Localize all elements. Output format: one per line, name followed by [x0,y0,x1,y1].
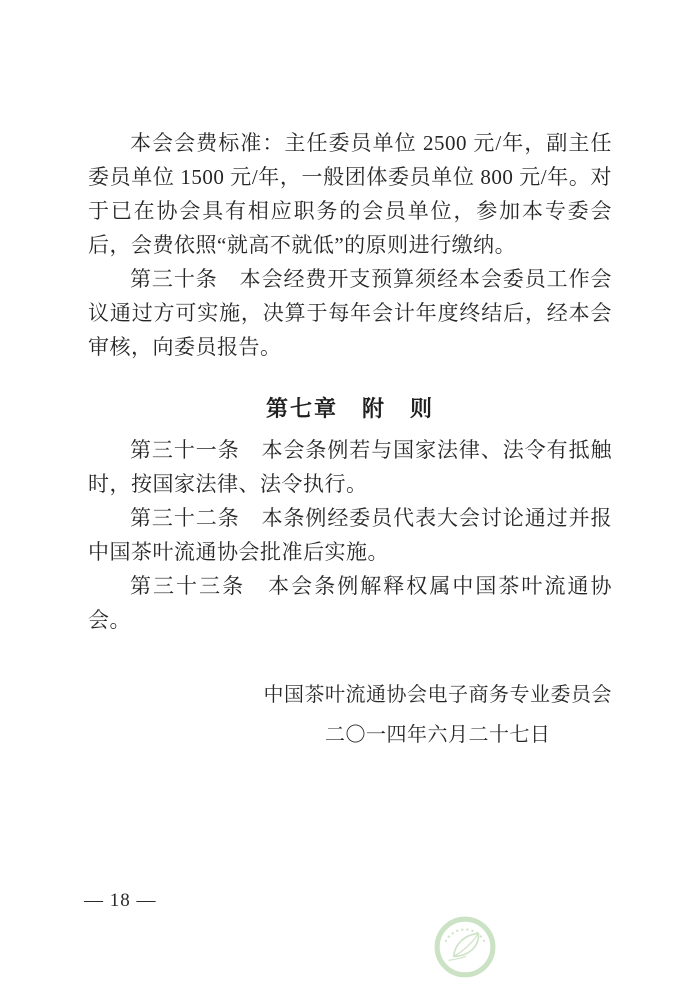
chapter-heading: 第七章 附 则 [88,392,612,426]
signature-organization: 中国茶叶流通协会电子商务专业委员会 [264,675,613,715]
watermark-leaf-outline [454,934,479,957]
watermark-ring [437,919,493,975]
tea-leaf-watermark-icon [432,914,498,980]
paragraph-article-31: 第三十一条 本会条例若与国家法律、法令有抵触时，按国家法律、法令执行。 [88,433,612,501]
document-content: 本会会费标准：主任委员单位 2500 元/年，副主任委员单位 1500 元/年，… [0,0,699,755]
document-page: 本会会费标准：主任委员单位 2500 元/年，副主任委员单位 1500 元/年，… [0,0,699,988]
paragraph-article-30: 第三十条 本会经费开支预算须经本会委员工作会议通过方可实施，决算于每年会计年度终… [88,262,612,364]
paragraph-article-32: 第三十二条 本条例经委员代表大会讨论通过并报中国茶叶流通协会批准后实施。 [88,501,612,569]
page-number: — 18 — [84,890,157,912]
signature-date: 二〇一四年六月二十七日 [264,715,613,755]
paragraph-fee-standard: 本会会费标准：主任委员单位 2500 元/年，副主任委员单位 1500 元/年，… [88,126,612,262]
paragraph-article-33: 第三十三条 本会条例解释权属中国茶叶流通协会。 [88,569,612,637]
signature-block: 中国茶叶流通协会电子商务专业委员会 二〇一四年六月二十七日 [264,675,613,755]
